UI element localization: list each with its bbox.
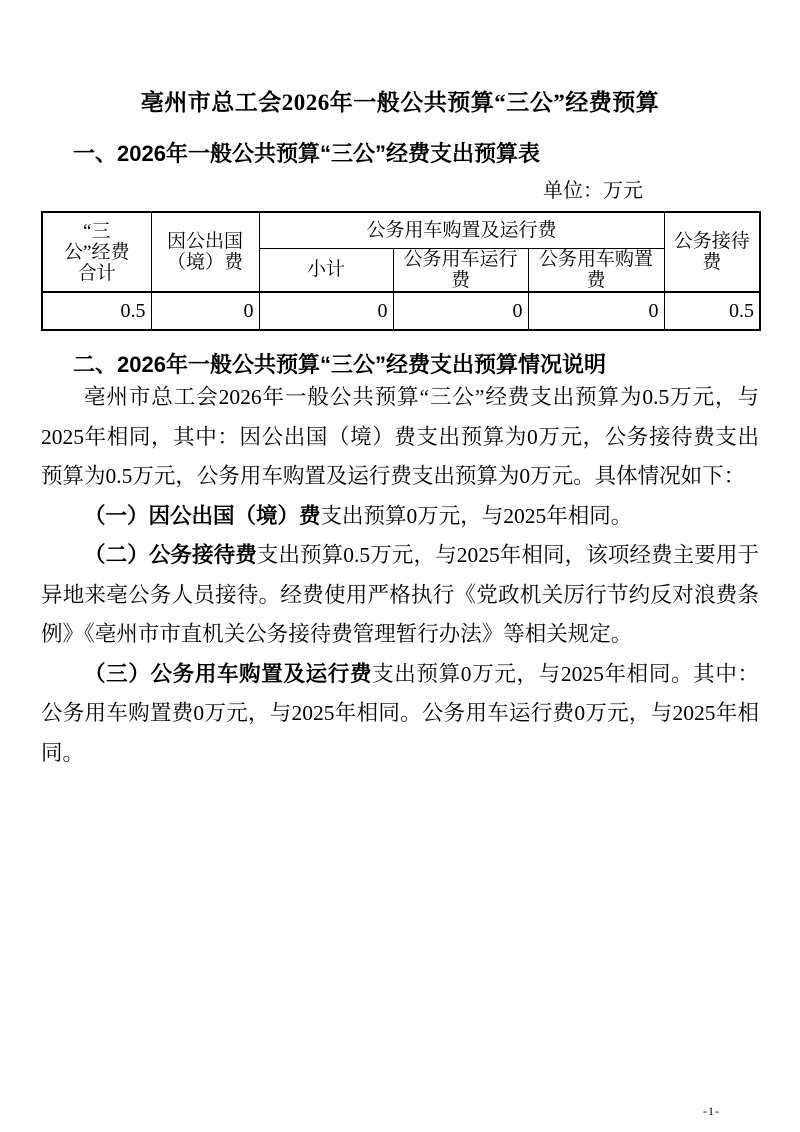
page-title: 亳州市总工会2026年一般公共预算“三公”经费预算 bbox=[41, 84, 759, 117]
section1-heading: 一、2026年一般公共预算“三公”经费支出预算表 bbox=[41, 137, 759, 168]
table-row: 0.5 0 0 0 0 0.5 bbox=[42, 292, 760, 330]
col-header-vehicle-subtotal: 小计 bbox=[259, 248, 393, 292]
col-header-vehicle-operation: 公务用车运行 费 bbox=[393, 248, 528, 292]
item3-paragraph: （三）公务用车购置及运行费支出预算0万元，与2025年相同。其中：公务用车购置费… bbox=[41, 655, 759, 774]
explanation-body: 亳州市总工会2026年一般公共预算“三公”经费支出预算为0.5万元，与2025年… bbox=[41, 378, 759, 773]
item3-lead: （三）公务用车购置及运行费 bbox=[84, 662, 372, 686]
page-number: -1- bbox=[703, 1104, 720, 1119]
col-header-three-public-total: “三 公”经费 合计 bbox=[42, 212, 151, 292]
item1-paragraph: （一）因公出国（境）费支出预算0万元，与2025年相同。 bbox=[41, 497, 759, 537]
three-public-budget-table: “三 公”经费 合计 因公出国 （境）费 公务用车购置及运行费 公务接待 费 小… bbox=[41, 211, 761, 331]
col-header-reception-fee: 公务接待 费 bbox=[664, 212, 760, 292]
value-vehicle-subtotal: 0 bbox=[259, 292, 393, 330]
value-three-public-total: 0.5 bbox=[42, 292, 151, 330]
document-page: 亳州市总工会2026年一般公共预算“三公”经费预算 一、2026年一般公共预算“… bbox=[0, 0, 800, 1132]
col-header-abroad-fee: 因公出国 （境）费 bbox=[151, 212, 259, 292]
value-reception-fee: 0.5 bbox=[664, 292, 760, 330]
value-vehicle-operation: 0 bbox=[393, 292, 528, 330]
intro-paragraph: 亳州市总工会2026年一般公共预算“三公”经费支出预算为0.5万元，与2025年… bbox=[41, 378, 759, 497]
col-header-vehicle-group: 公务用车购置及运行费 bbox=[259, 212, 664, 248]
value-vehicle-purchase: 0 bbox=[528, 292, 664, 330]
intro-text: 亳州市总工会2026年一般公共预算“三公”经费支出预算为0.5万元，与2025年… bbox=[41, 385, 759, 488]
section2-heading: 二、2026年一般公共预算“三公”经费支出预算情况说明 bbox=[41, 348, 759, 379]
item2-paragraph: （二）公务接待费支出预算0.5万元，与2025年相同，该项经费主要用于异地来亳公… bbox=[41, 536, 759, 655]
value-abroad-fee: 0 bbox=[151, 292, 259, 330]
item1-lead: （一）因公出国（境）费 bbox=[84, 504, 321, 528]
item1-text: 支出预算0万元，与2025年相同。 bbox=[321, 504, 633, 528]
unit-label: 单位：万元 bbox=[543, 174, 643, 203]
col-header-vehicle-purchase: 公务用车购置 费 bbox=[528, 248, 664, 292]
item2-lead: （二）公务接待费 bbox=[84, 543, 257, 567]
table-header-row-1: “三 公”经费 合计 因公出国 （境）费 公务用车购置及运行费 公务接待 费 bbox=[42, 212, 760, 248]
